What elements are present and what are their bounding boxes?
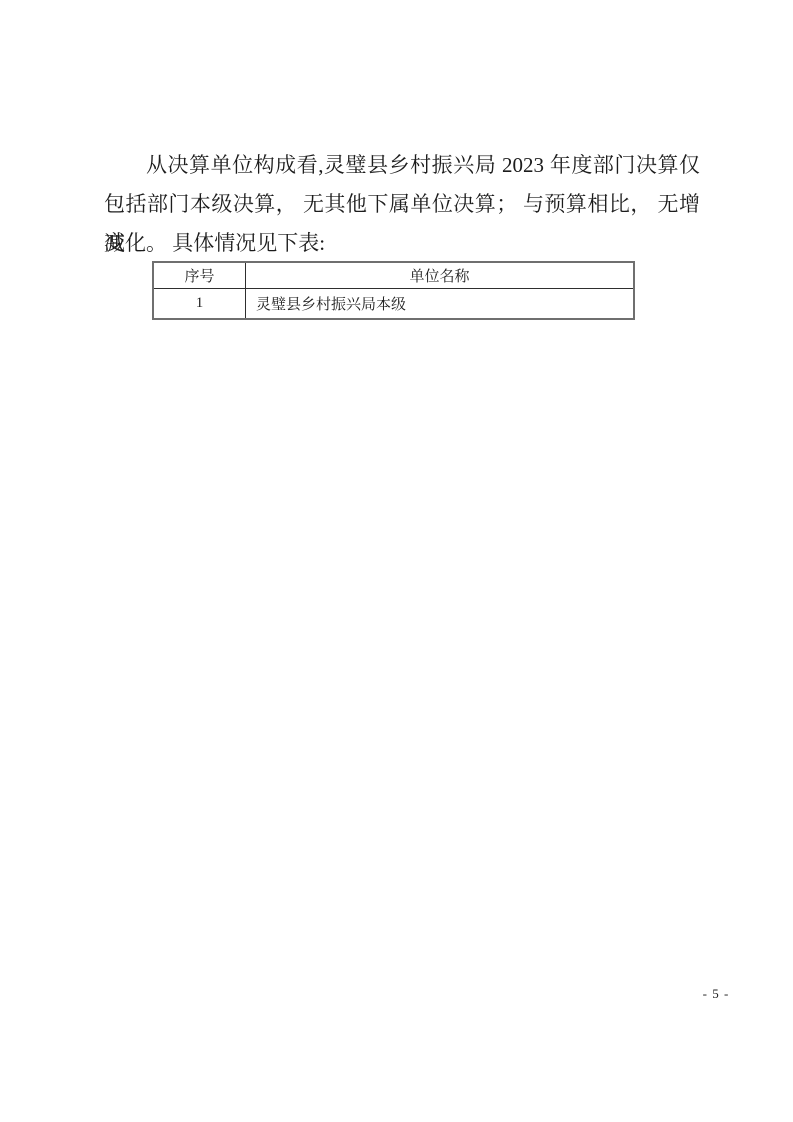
paragraph-line-1: 从决算单位构成看,灵璧县乡村振兴局 2023 年度部门决算仅 xyxy=(104,146,700,185)
header-cell-unit-name: 单位名称 xyxy=(246,262,635,289)
units-table: 序号 单位名称 1 灵璧县乡村振兴局本级 xyxy=(152,261,635,320)
paragraph-line-2: 包括部门本级决算， 无其他下属单位决算； 与预算相比， 无增减 xyxy=(104,185,700,224)
cell-serial-number: 1 xyxy=(153,289,246,320)
page-number: - 5 - xyxy=(686,986,746,1002)
paragraph-line-3: 变化。 具体情况见下表: xyxy=(104,224,700,263)
cell-unit-name: 灵璧县乡村振兴局本级 xyxy=(246,289,635,320)
body-paragraph: 从决算单位构成看,灵璧县乡村振兴局 2023 年度部门决算仅 包括部门本级决算，… xyxy=(104,146,700,263)
header-cell-serial-number: 序号 xyxy=(153,262,246,289)
units-table-header-row: 序号 单位名称 xyxy=(153,262,634,289)
document-page: 从决算单位构成看,灵璧县乡村振兴局 2023 年度部门决算仅 包括部门本级决算，… xyxy=(0,0,793,1122)
units-table-row: 1 灵璧县乡村振兴局本级 xyxy=(153,289,634,320)
